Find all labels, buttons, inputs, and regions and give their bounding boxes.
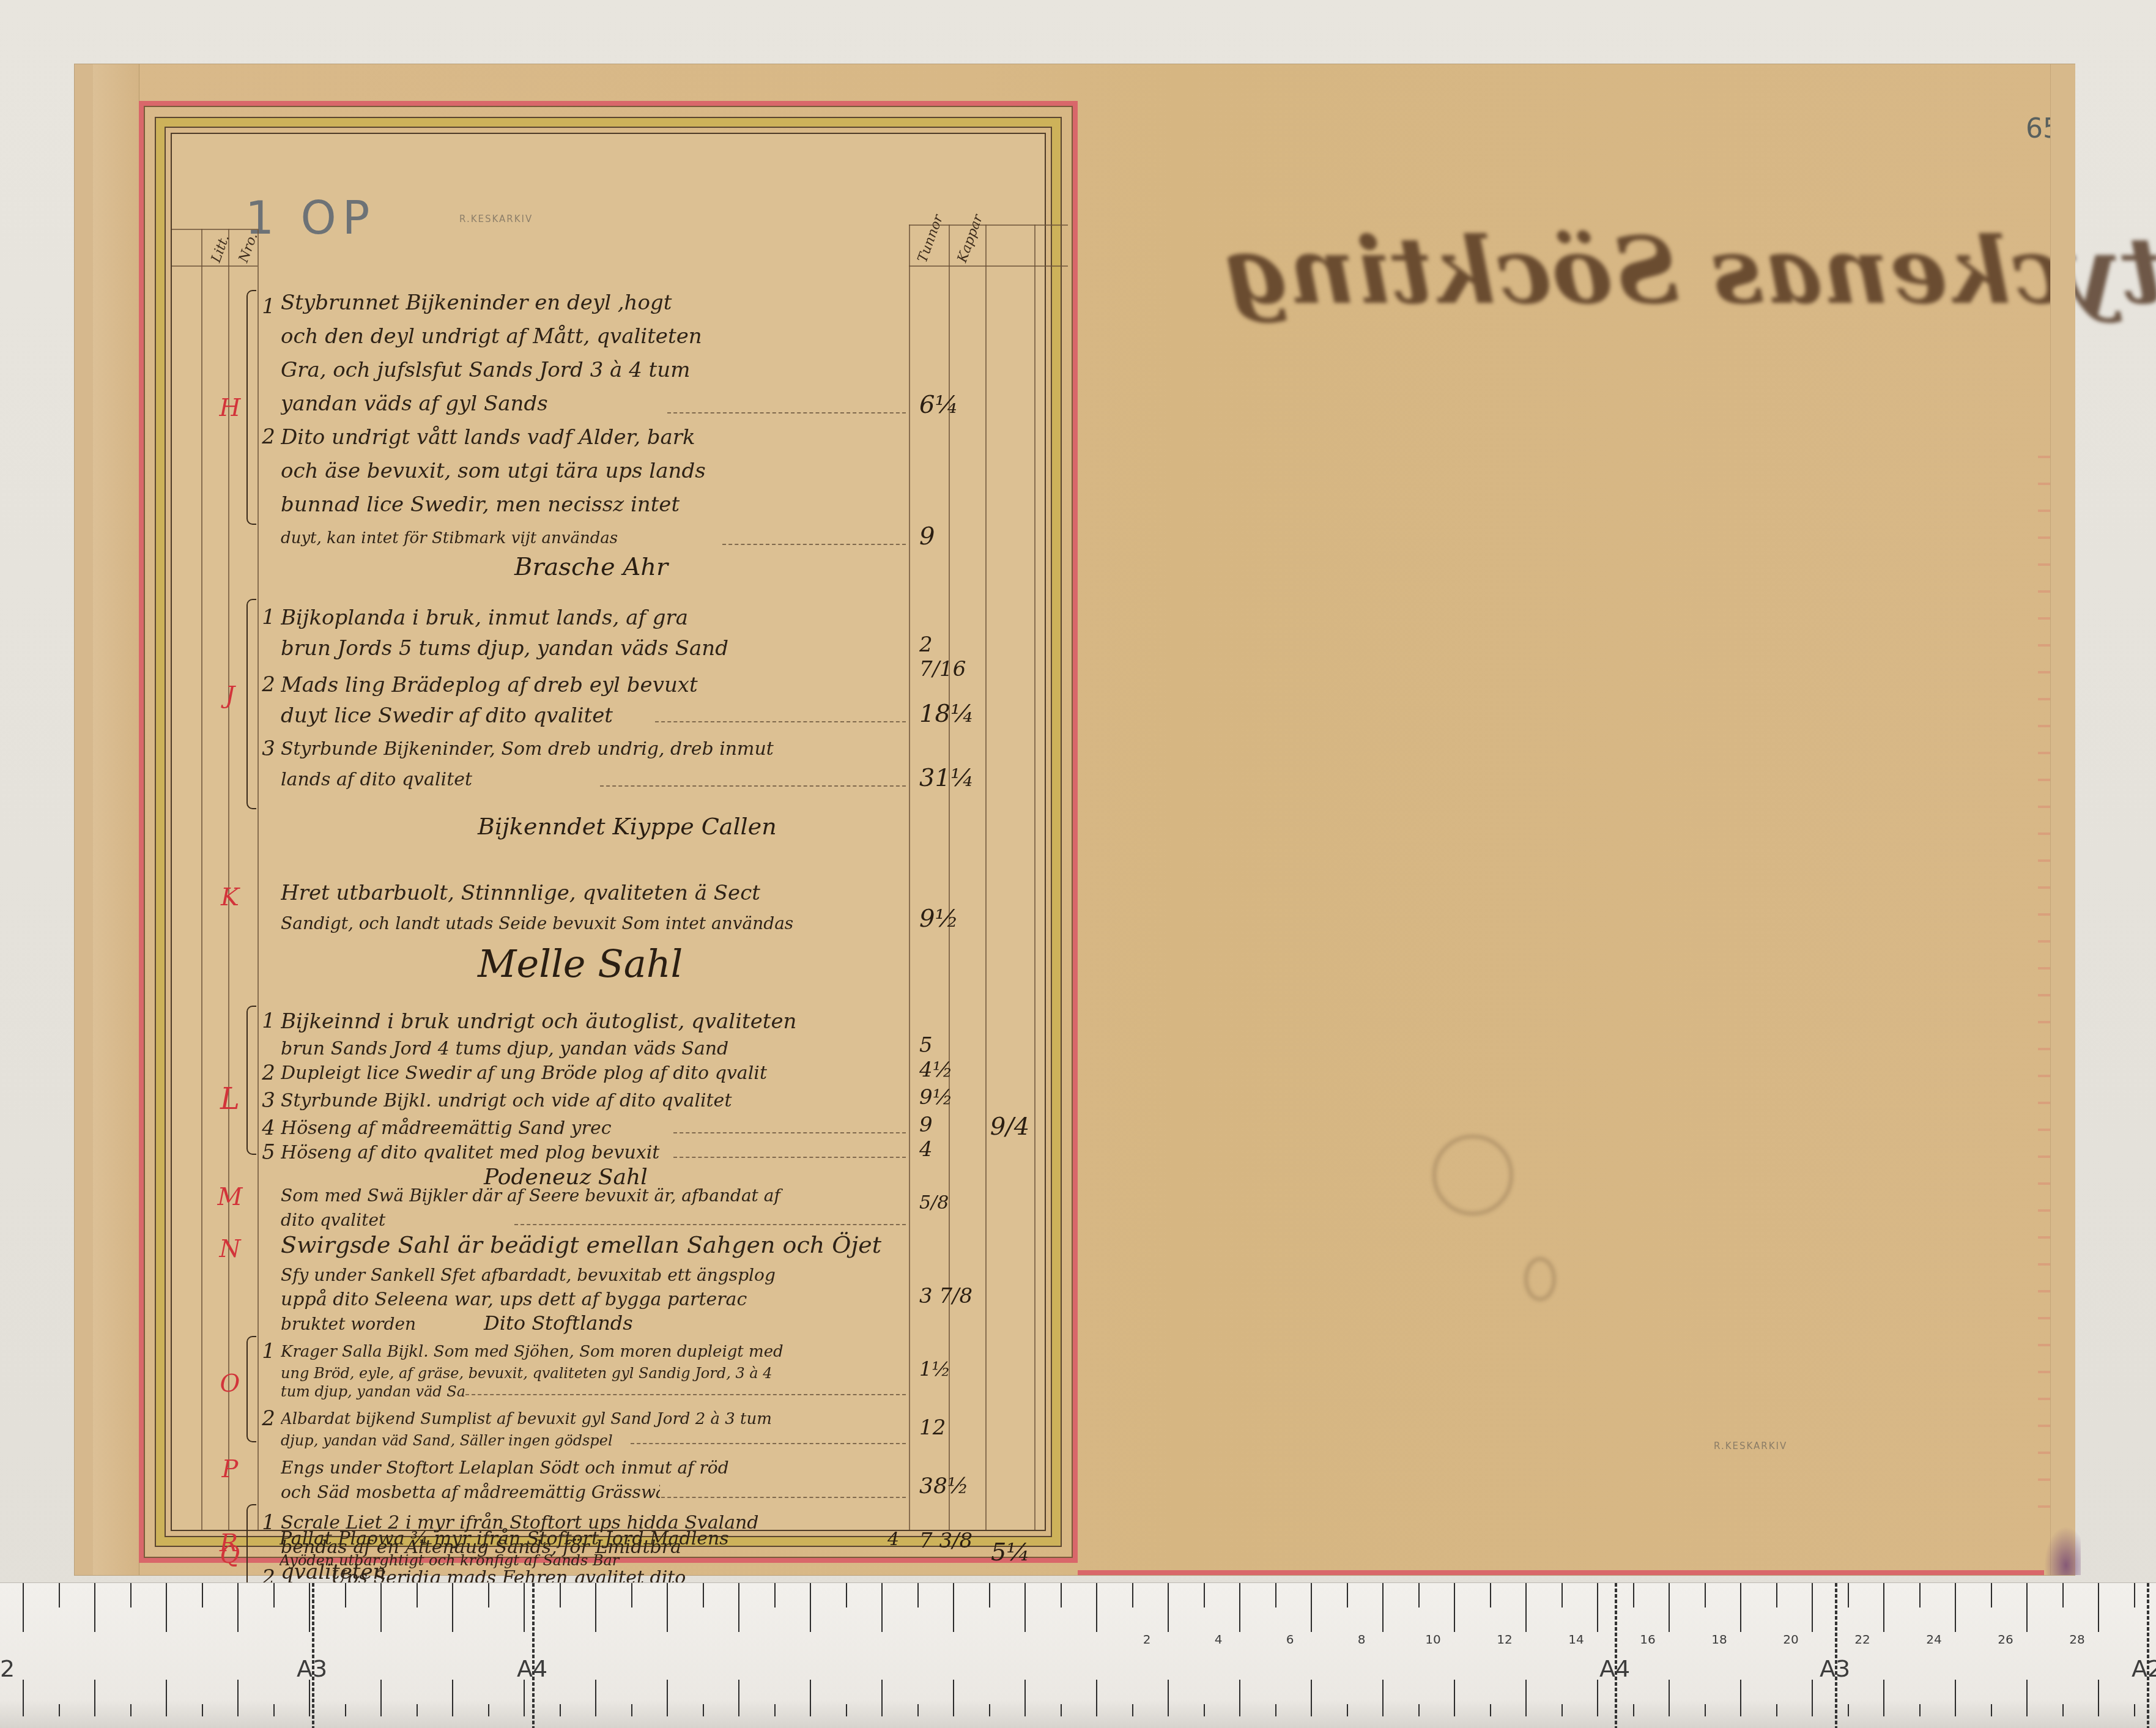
ruler-tick <box>2134 1583 2135 1607</box>
group-bracket <box>246 290 256 525</box>
ruler-tick <box>1919 1704 1921 1716</box>
amount: 3 7/8 <box>919 1284 974 1308</box>
ruler-tick <box>1955 1583 1956 1632</box>
ruler-tick <box>881 1680 883 1716</box>
amount: 7 3/8 <box>919 1529 974 1553</box>
entry-line: Dito undrigt vått lands vadf Alder, bark <box>281 421 911 453</box>
ruler-tick <box>1883 1680 1884 1716</box>
amount: 2 7/16 <box>919 632 974 681</box>
left-page: 1 OP R.KESKARKIV Litt. Nro. Tunnor Kappa… <box>139 101 1078 1563</box>
ruler-tick-label: 12 <box>1497 1632 1512 1647</box>
ledger-entries: 1 H Stybrunnet Bijkeninder en deyl ,hogt… <box>172 134 1045 1530</box>
ruler-tick <box>1454 1680 1455 1716</box>
binding-strip-inner <box>93 64 139 1575</box>
ruler-tick <box>1418 1704 1420 1716</box>
section-letter: J <box>215 681 245 710</box>
section-letter: O <box>215 1370 245 1398</box>
ruler-tick <box>1239 1583 1240 1632</box>
section-heading: Melle Sahl <box>478 941 683 986</box>
ruler-tick <box>810 1583 811 1632</box>
paper-size-marker <box>1835 1583 1837 1728</box>
ruler-tick <box>1418 1583 1420 1607</box>
paper-size-marker <box>2147 1583 2149 1728</box>
group-bracket <box>246 1336 256 1442</box>
ruler-tick <box>1347 1583 1348 1607</box>
binding-strip <box>75 64 94 1575</box>
leader-line <box>667 412 906 413</box>
entry-number: 5 <box>257 1140 280 1165</box>
entry-line: och den deyl undrigt af Mått, qvaliteten <box>281 321 911 352</box>
ruler-tick <box>953 1583 954 1632</box>
page-edge-strip <box>2050 64 2075 1575</box>
subtotal: 5¼ <box>986 1538 1035 1567</box>
leader-line <box>514 1224 906 1225</box>
ruler-tick <box>1347 1704 1348 1716</box>
group-bracket <box>246 599 256 809</box>
leader-line <box>655 721 906 722</box>
leader-line <box>673 1157 906 1158</box>
entry-line: och Säd mosbetta af mådreemättig Grässwä… <box>281 1477 660 1508</box>
section-letter: R <box>213 1529 244 1557</box>
ruler-tick <box>738 1583 739 1632</box>
ruler-tick-label: 16 <box>1640 1632 1655 1647</box>
section-heading: Dito Stoftlands <box>484 1311 633 1335</box>
ruler-tick-label: 10 <box>1425 1632 1440 1647</box>
measurement-ruler: 2826242220181614121086422468101214161820… <box>0 1582 2156 1728</box>
entry-line: duyt lice Swedir af dito qvalitet <box>281 700 648 732</box>
ruler-tick <box>488 1583 489 1607</box>
ruler-tick <box>1669 1680 1670 1716</box>
ruler-tick <box>2062 1583 2064 1607</box>
amount: 5 <box>919 1033 974 1058</box>
ruler-tick <box>1955 1680 1956 1716</box>
entry-number: 1 <box>257 1510 280 1535</box>
entry-number: 1 <box>257 1339 280 1363</box>
ruler-tick <box>166 1680 167 1716</box>
entry-line: brun Jords 5 tums djup, yandan väds Sand <box>281 632 911 664</box>
amount: 9½ <box>919 1085 974 1110</box>
section-letter: M <box>215 1183 245 1211</box>
paper-size-marker <box>532 1583 535 1728</box>
entry-line: Styrbunde Bijkeninder, Som dreb undrig, … <box>281 733 911 765</box>
entry-line: Gra, och jufslsfut Sands Jord 3 à 4 tum <box>281 354 911 386</box>
ruler-tick <box>1168 1583 1169 1632</box>
ruler-tick <box>2026 1680 2028 1716</box>
ruler-tick <box>2062 1704 2064 1716</box>
ruler-tick <box>1096 1680 1097 1716</box>
ruler-tick <box>1740 1583 1741 1632</box>
entry-line: duyt, kan intet för Stibmark vijt använd… <box>281 522 709 554</box>
ruler-tick-label: 6 <box>1286 1632 1294 1647</box>
ruler-tick <box>1597 1583 1598 1632</box>
amount: 4 <box>919 1137 974 1162</box>
ruler-tick <box>59 1704 60 1716</box>
ruler-tick <box>417 1583 418 1607</box>
section-letter: P <box>215 1455 245 1483</box>
ruler-tick-label: 22 <box>1854 1632 1870 1647</box>
ruler-tick <box>560 1583 561 1607</box>
entry-line: Sandigt, och landt utads Seide bevuxit S… <box>281 908 911 940</box>
paper-size-marker <box>312 1583 314 1728</box>
leader-line <box>673 1132 906 1133</box>
ruler-tick <box>1024 1583 1026 1632</box>
ruler-tick <box>1525 1583 1527 1632</box>
ruler-tick <box>23 1583 24 1632</box>
ruler-tick <box>881 1583 883 1632</box>
ruler-tick <box>1311 1680 1312 1716</box>
ruler-tick <box>810 1680 811 1716</box>
amount: 18¼ <box>919 700 974 728</box>
ruler-tick-label: 2 <box>1143 1632 1151 1647</box>
entry-number: 2 <box>257 425 280 449</box>
section-letter: L <box>215 1082 245 1116</box>
ruler-tick <box>631 1583 632 1607</box>
entry-number: 2 <box>257 672 280 697</box>
ruler-tick <box>273 1704 275 1716</box>
ruler-tick <box>345 1583 346 1607</box>
bottom-red-rule <box>1078 1570 2044 1575</box>
ruler-tick <box>1382 1583 1384 1632</box>
entry-line: Swirgsde Sahl är beädigt emellan Sahgen … <box>281 1229 911 1261</box>
ruler-tick <box>1883 1583 1884 1632</box>
ruler-tick <box>738 1680 739 1716</box>
ruler-tick <box>1776 1704 1777 1716</box>
ruler-tick <box>1633 1583 1634 1607</box>
ruler-tick <box>1275 1583 1276 1607</box>
ruler-tick <box>1776 1583 1777 1607</box>
ruler-tick <box>1239 1680 1240 1716</box>
ruler-tick <box>1812 1583 1813 1632</box>
ruler-tick <box>2026 1583 2028 1632</box>
ruler-tick <box>774 1704 776 1716</box>
ruler-tick <box>59 1583 60 1607</box>
ruler-tick <box>1633 1704 1634 1716</box>
ruler-tick <box>1454 1583 1455 1632</box>
entry-line: Bijkoplanda i bruk, inmut lands, af gra <box>281 602 911 634</box>
ruler-tick-label: 28 <box>2069 1632 2084 1647</box>
entry-line: bunnad lice Swedir, men necissz intet <box>281 489 911 521</box>
ruler-tick <box>1740 1680 1741 1716</box>
ruler-tick <box>309 1680 310 1716</box>
ruler-tick <box>2098 1680 2099 1716</box>
bleed-through-heading: Styckenas Söckting <box>1224 217 2156 325</box>
entry-line: Hret utbarbuolt, Stinnnlige, qvaliteten … <box>281 877 911 909</box>
ruler-tick-label: 14 <box>1568 1632 1584 1647</box>
ruler-tick <box>380 1680 382 1716</box>
amount: 9 <box>919 522 974 551</box>
ruler-tick <box>703 1583 704 1607</box>
leader-line <box>722 544 906 545</box>
ruler-tick <box>703 1704 704 1716</box>
section-heading: Brasche Ahr <box>514 553 668 581</box>
amount: 31¼ <box>919 764 974 792</box>
ruler-tick <box>560 1704 561 1716</box>
ruler-tick <box>1561 1583 1563 1607</box>
ruler-tick <box>917 1704 919 1716</box>
right-page: Styckenas Söckting 65 R.KESKARKIV <box>1078 64 2075 1575</box>
ruler-tick <box>917 1583 919 1607</box>
ruler-tick <box>595 1583 596 1632</box>
ruler-tick-label: 20 <box>1783 1632 1798 1647</box>
ruler-tick <box>1490 1583 1491 1607</box>
amount: 12 <box>919 1415 974 1440</box>
ruler-tick <box>130 1583 132 1607</box>
ruler-tick <box>524 1680 525 1716</box>
entry-number: 2 <box>257 1061 280 1085</box>
ruler-tick <box>130 1704 132 1716</box>
section-heading: Bijkenndet Kiyppe Callen <box>478 813 777 840</box>
section-letter: H <box>215 394 245 422</box>
ruler-tick <box>2098 1583 2099 1632</box>
entry-line: och äse bevuxit, som utgi tära ups lands <box>281 455 911 487</box>
ruler-tick <box>1848 1704 1849 1716</box>
amount: 38½ <box>919 1474 974 1499</box>
ruler-tick <box>846 1704 847 1716</box>
ruler-tick <box>23 1680 24 1716</box>
amount: 9 <box>919 1113 974 1137</box>
bleed-through-flourish <box>1524 1257 1556 1301</box>
ruler-tick <box>1061 1704 1062 1716</box>
leader-line <box>631 1443 906 1444</box>
entry-number: 3 <box>257 1088 280 1113</box>
ruler-tick <box>1991 1583 1992 1607</box>
paper-size-label: 2 <box>0 1655 15 1682</box>
ruler-tick <box>380 1583 382 1632</box>
ruler-tick <box>1812 1680 1813 1716</box>
ruler-tick <box>452 1680 453 1716</box>
ink-smudge <box>2044 1526 2081 1575</box>
entry-number: 4 <box>257 1116 280 1140</box>
entry-line: Mads ling Brädeplog af dreb eyl bevuxt <box>281 669 911 701</box>
ruler-tick <box>417 1704 418 1716</box>
ruler-tick <box>1132 1704 1133 1716</box>
ruler-tick <box>1024 1680 1026 1716</box>
entry-number: 2 <box>257 1406 280 1431</box>
ruler-tick <box>1204 1704 1205 1716</box>
leader-line <box>661 1497 906 1498</box>
amount: 9½ <box>919 905 974 933</box>
ruler-tick <box>1919 1583 1921 1607</box>
amount: 5/8 <box>919 1192 974 1214</box>
paper-size-marker <box>1615 1583 1617 1728</box>
ruler-tick <box>202 1704 203 1716</box>
ruler-tick <box>1525 1680 1527 1716</box>
ruler-tick <box>774 1583 776 1607</box>
ruler-tick <box>631 1704 632 1716</box>
ruler-tick-label: 18 <box>1711 1632 1727 1647</box>
ruler-tick <box>2134 1704 2135 1716</box>
subtotal: 9/4 <box>985 1113 1034 1141</box>
ruler-tick <box>1705 1583 1706 1607</box>
ruler-tick-label: 8 <box>1358 1632 1366 1647</box>
entry-line: yandan väds af gyl Sands <box>281 388 660 420</box>
ruler-tick <box>1061 1583 1062 1607</box>
ruler-tick-label: 4 <box>1215 1632 1223 1647</box>
ruler-tick <box>94 1583 95 1632</box>
ruler-tick <box>452 1583 453 1632</box>
ruler-tick <box>989 1704 990 1716</box>
ruler-tick <box>1490 1704 1491 1716</box>
ruler-tick <box>595 1680 596 1716</box>
leader-line <box>465 1394 906 1395</box>
ruler-tick <box>667 1583 668 1632</box>
entry-number: 1 <box>257 1009 280 1033</box>
ruler-tick <box>488 1704 489 1716</box>
ruler-tick <box>1561 1704 1563 1716</box>
ruler-tick <box>1705 1704 1706 1716</box>
ruler-tick <box>1311 1583 1312 1632</box>
ruler-tick <box>1132 1583 1133 1607</box>
amount: 6¼ <box>919 391 974 419</box>
entry-number: 1 <box>257 294 280 319</box>
bleed-through-flourish <box>1432 1135 1513 1215</box>
ruler-tick <box>1669 1583 1670 1632</box>
ruler-tick <box>1204 1583 1205 1607</box>
ruler-tick <box>273 1583 275 1607</box>
ruler-tick <box>1848 1583 1849 1607</box>
entry-line: lands af dito qvalitet <box>281 764 587 796</box>
ruler-tick <box>202 1583 203 1607</box>
ruler-tick <box>953 1680 954 1716</box>
ruler-tick <box>846 1583 847 1607</box>
manuscript-sheet: 1 OP R.KESKARKIV Litt. Nro. Tunnor Kappa… <box>75 64 2075 1575</box>
section-letter: N <box>215 1235 245 1263</box>
archive-stamp: R.KESKARKIV <box>1714 1441 1787 1452</box>
ruler-tick <box>1382 1680 1384 1716</box>
entry-number: 1 <box>257 605 280 629</box>
ruler-tick-label: 26 <box>1998 1632 2013 1647</box>
ruler-tick <box>94 1680 95 1716</box>
section-letter: K <box>215 883 245 911</box>
ruler-tick <box>524 1583 525 1632</box>
ruler-tick <box>309 1583 310 1632</box>
entry-line: Stybrunnet Bijkeninder en deyl ,hogt <box>281 287 911 319</box>
ruler-tick <box>237 1583 239 1632</box>
ruler-tick <box>1168 1680 1169 1716</box>
entry-number: 3 <box>257 736 280 761</box>
amount: 1½ <box>919 1357 974 1381</box>
ruler-tick <box>667 1680 668 1716</box>
ruler-tick <box>1991 1704 1992 1716</box>
paper-size-label: A2 <box>2132 1655 2156 1682</box>
ruler-tick-label: 24 <box>1926 1632 1941 1647</box>
ruler-tick <box>1096 1583 1097 1632</box>
ruler-tick <box>989 1583 990 1607</box>
ruler-tick <box>1597 1680 1598 1716</box>
ruler-tick <box>237 1680 239 1716</box>
leader-line <box>600 785 906 787</box>
ruler-tick <box>166 1583 167 1632</box>
ruler-tick <box>345 1704 346 1716</box>
ledger-page: 1 OP R.KESKARKIV Litt. Nro. Tunnor Kappa… <box>171 133 1046 1531</box>
amount: 4½ <box>919 1058 974 1082</box>
group-bracket <box>246 1006 256 1155</box>
entry-line: Ayöden utbarghtigt och kronfigt af Sands… <box>280 1544 909 1576</box>
ruler-tick <box>1275 1704 1276 1716</box>
